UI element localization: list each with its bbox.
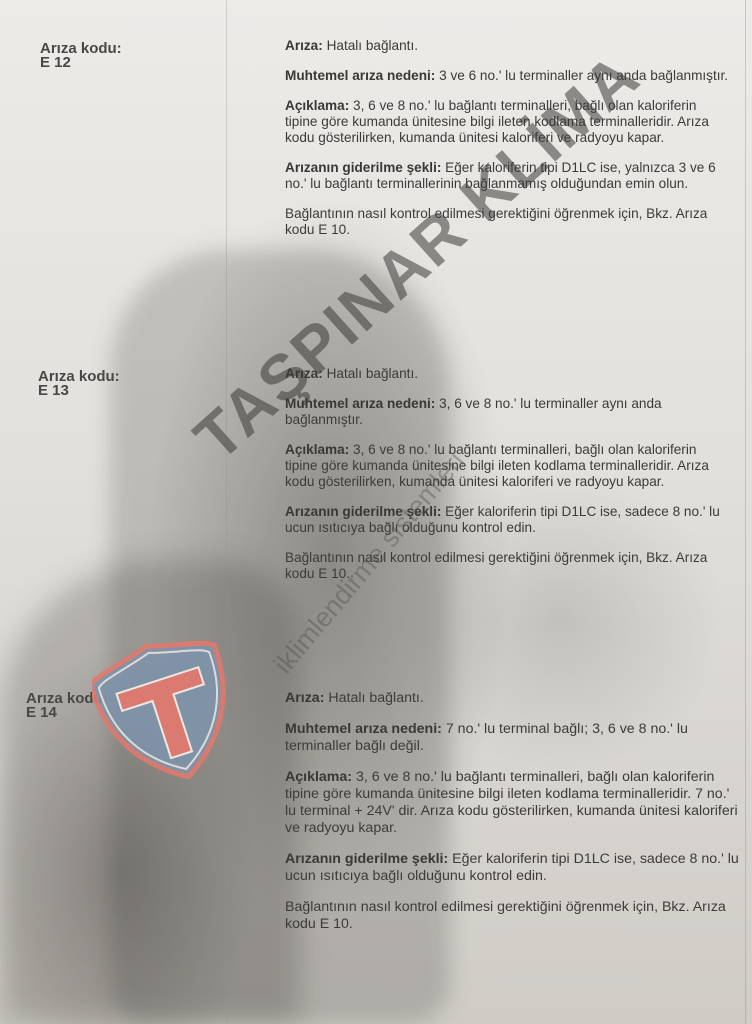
- fault-label: Arıza:: [285, 690, 324, 706]
- explanation-paragraph: Açıklama: 3, 6 ve 8 no.' lu bağlantı ter…: [285, 769, 740, 837]
- explanation-paragraph: Açıklama: 3, 6 ve 8 no.' lu bağlantı ter…: [285, 442, 730, 490]
- remedy-label: Arızanın giderilme şekli:: [285, 851, 448, 867]
- fault-paragraph: Arıza: Hatalı bağlantı.: [285, 366, 730, 382]
- reference-paragraph: Bağlantının nasıl kontrol edilmesi gerek…: [285, 899, 740, 933]
- error-code-label: Arıza kodu: E 13: [38, 370, 120, 398]
- shield-t-logo-icon: [92, 635, 242, 785]
- fold-line: [226, 0, 227, 1024]
- cause-label: Muhtemel arıza nedeni:: [285, 721, 442, 737]
- reference-text: Bağlantının nasıl kontrol edilmesi gerek…: [285, 899, 726, 932]
- remedy-paragraph: Arızanın giderilme şekli: Eğer kalorifer…: [285, 851, 740, 885]
- explanation-label: Açıklama:: [285, 442, 349, 457]
- fault-text: Hatalı bağlantı.: [328, 690, 423, 706]
- explanation-label: Açıklama:: [285, 769, 352, 785]
- fault-paragraph: Arıza: Hatalı bağlantı.: [285, 38, 730, 54]
- arm-shadow: [0, 560, 300, 1024]
- cause-paragraph: Muhtemel arıza nedeni: 3, 6 ve 8 no.' lu…: [285, 396, 730, 428]
- cause-label: Muhtemel arıza nedeni:: [285, 68, 435, 83]
- error-description: Arıza: Hatalı bağlantı. Muhtemel arıza n…: [285, 690, 740, 947]
- explanation-text: 3, 6 ve 8 no.' lu bağlantı terminalleri,…: [285, 442, 709, 489]
- remedy-label: Arızanın giderilme şekli:: [285, 160, 441, 175]
- cause-paragraph: Muhtemel arıza nedeni: 3 ve 6 no.' lu te…: [285, 68, 730, 84]
- fault-label: Arıza:: [285, 38, 323, 53]
- cause-paragraph: Muhtemel arıza nedeni: 7 no.' lu termina…: [285, 721, 740, 755]
- page-edge: [745, 0, 746, 1024]
- error-code-label: Arıza kodu: E 12: [40, 42, 122, 70]
- error-code-value: E 12: [40, 56, 122, 70]
- error-code-value: E 13: [38, 384, 120, 398]
- explanation-text: 3, 6 ve 8 no.' lu bağlantı terminalleri,…: [285, 769, 738, 836]
- explanation-label: Açıklama:: [285, 98, 349, 113]
- fault-text: Hatalı bağlantı.: [327, 38, 418, 53]
- remedy-paragraph: Arızanın giderilme şekli: Eğer kalorifer…: [285, 504, 730, 536]
- fault-paragraph: Arıza: Hatalı bağlantı.: [285, 690, 740, 707]
